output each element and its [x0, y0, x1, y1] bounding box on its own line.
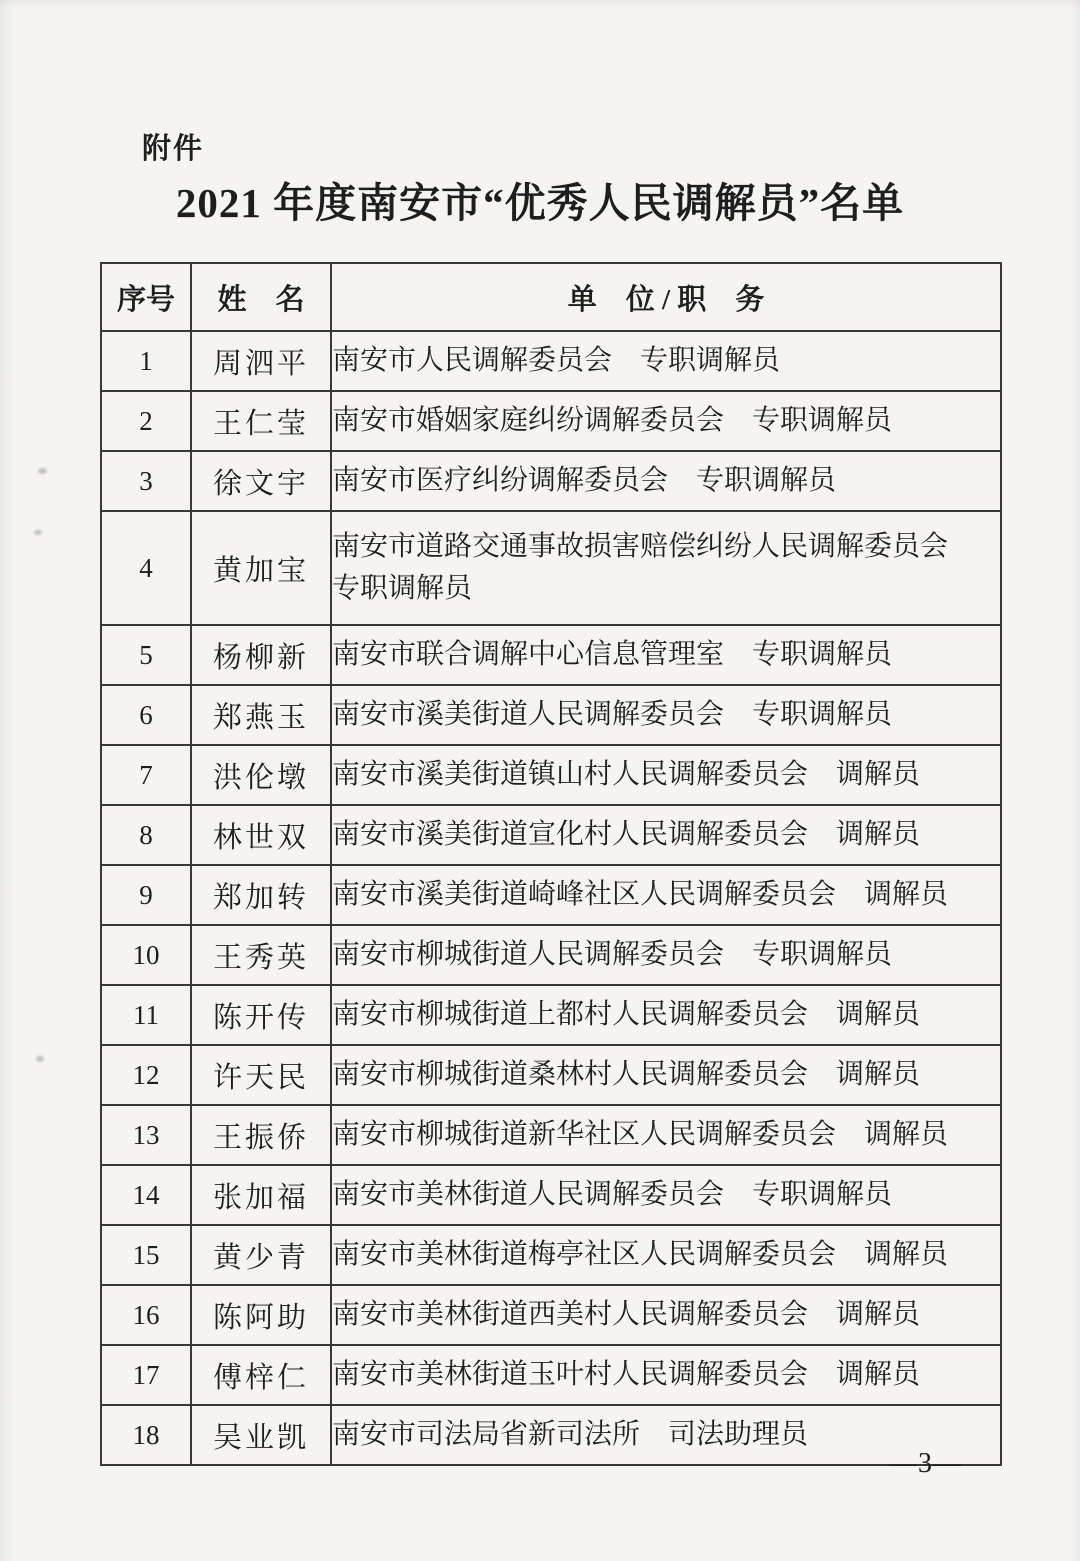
cell-no: 4 — [101, 511, 191, 625]
mediators-table: 序号 姓 名 单 位 / 职 务 1周泗平南安市人民调解委员会 专职调解员2王仁… — [100, 262, 1002, 1466]
cell-name: 张加福 — [191, 1165, 331, 1225]
cell-unit: 南安市美林街道玉叶村人民调解委员会 调解员 — [331, 1345, 1001, 1405]
cell-no: 13 — [101, 1105, 191, 1165]
table-row: 13王振侨南安市柳城街道新华社区人民调解委员会 调解员 — [101, 1105, 1001, 1165]
cell-unit: 南安市联合调解中心信息管理室 专职调解员 — [331, 625, 1001, 685]
cell-unit: 南安市溪美街道崎峰社区人民调解委员会 调解员 — [331, 865, 1001, 925]
cell-unit: 南安市道路交通事故损害赔偿纠纷人民调解委员会 专职调解员 — [331, 511, 1001, 625]
cell-unit: 南安市溪美街道镇山村人民调解委员会 调解员 — [331, 745, 1001, 805]
cell-unit: 南安市美林街道西美村人民调解委员会 调解员 — [331, 1285, 1001, 1345]
column-header-name: 姓 名 — [191, 263, 331, 331]
cell-no: 1 — [101, 331, 191, 391]
cell-unit: 南安市柳城街道上都村人民调解委员会 调解员 — [331, 985, 1001, 1045]
cell-name: 陈开传 — [191, 985, 331, 1045]
scan-artifact-speck — [38, 468, 47, 474]
table-row: 15黄少青南安市美林街道梅亭社区人民调解委员会 调解员 — [101, 1225, 1001, 1285]
table-row: 18吴业凯南安市司法局省新司法所 司法助理员 — [101, 1405, 1001, 1465]
cell-no: 10 — [101, 925, 191, 985]
cell-name: 吴业凯 — [191, 1405, 331, 1465]
cell-unit: 南安市溪美街道宣化村人民调解委员会 调解员 — [331, 805, 1001, 865]
cell-unit: 南安市柳城街道桑林村人民调解委员会 调解员 — [331, 1045, 1001, 1105]
cell-name: 郑燕玉 — [191, 685, 331, 745]
page-number: —3— — [889, 1448, 962, 1480]
table-header-row: 序号 姓 名 单 位 / 职 务 — [101, 263, 1001, 331]
cell-no: 8 — [101, 805, 191, 865]
cell-name: 周泗平 — [191, 331, 331, 391]
table-body: 1周泗平南安市人民调解委员会 专职调解员2王仁莹南安市婚姻家庭纠纷调解委员会 专… — [101, 331, 1001, 1465]
scan-artifact-speck — [36, 1056, 44, 1062]
cell-no: 6 — [101, 685, 191, 745]
table-row: 6郑燕玉南安市溪美街道人民调解委员会 专职调解员 — [101, 685, 1001, 745]
cell-unit: 南安市医疗纠纷调解委员会 专职调解员 — [331, 451, 1001, 511]
cell-name: 洪伦墩 — [191, 745, 331, 805]
column-header-no: 序号 — [101, 263, 191, 331]
column-header-unit: 单 位 / 职 务 — [331, 263, 1001, 331]
cell-name: 郑加转 — [191, 865, 331, 925]
cell-name: 王振侨 — [191, 1105, 331, 1165]
cell-no: 5 — [101, 625, 191, 685]
cell-name: 杨柳新 — [191, 625, 331, 685]
table-row: 4黄加宝南安市道路交通事故损害赔偿纠纷人民调解委员会 专职调解员 — [101, 511, 1001, 625]
cell-unit: 南安市柳城街道人民调解委员会 专职调解员 — [331, 925, 1001, 985]
table-row: 12许天民南安市柳城街道桑林村人民调解委员会 调解员 — [101, 1045, 1001, 1105]
cell-unit: 南安市柳城街道新华社区人民调解委员会 调解员 — [331, 1105, 1001, 1165]
cell-name: 许天民 — [191, 1045, 331, 1105]
table-row: 16陈阿助南安市美林街道西美村人民调解委员会 调解员 — [101, 1285, 1001, 1345]
attachment-label: 附件 — [142, 126, 204, 167]
cell-name: 黄少青 — [191, 1225, 331, 1285]
cell-no: 11 — [101, 985, 191, 1045]
cell-no: 16 — [101, 1285, 191, 1345]
table-row: 3徐文宇南安市医疗纠纷调解委员会 专职调解员 — [101, 451, 1001, 511]
cell-name: 王秀英 — [191, 925, 331, 985]
cell-name: 林世双 — [191, 805, 331, 865]
table-row: 8林世双南安市溪美街道宣化村人民调解委员会 调解员 — [101, 805, 1001, 865]
cell-name: 陈阿助 — [191, 1285, 331, 1345]
cell-no: 7 — [101, 745, 191, 805]
table-row: 11陈开传南安市柳城街道上都村人民调解委员会 调解员 — [101, 985, 1001, 1045]
cell-no: 2 — [101, 391, 191, 451]
cell-no: 17 — [101, 1345, 191, 1405]
cell-unit: 南安市人民调解委员会 专职调解员 — [331, 331, 1001, 391]
table-row: 7洪伦墩南安市溪美街道镇山村人民调解委员会 调解员 — [101, 745, 1001, 805]
cell-no: 14 — [101, 1165, 191, 1225]
table-row: 9郑加转南安市溪美街道崎峰社区人民调解委员会 调解员 — [101, 865, 1001, 925]
cell-unit: 南安市婚姻家庭纠纷调解委员会 专职调解员 — [331, 391, 1001, 451]
cell-no: 9 — [101, 865, 191, 925]
page-title: 2021 年度南安市“优秀人民调解员”名单 — [0, 170, 1080, 229]
document-page: 附件 2021 年度南安市“优秀人民调解员”名单 序号 姓 名 单 位 / 职 … — [0, 0, 1080, 1561]
table-row: 5杨柳新南安市联合调解中心信息管理室 专职调解员 — [101, 625, 1001, 685]
cell-unit: 南安市美林街道梅亭社区人民调解委员会 调解员 — [331, 1225, 1001, 1285]
cell-no: 18 — [101, 1405, 191, 1465]
table-row: 1周泗平南安市人民调解委员会 专职调解员 — [101, 331, 1001, 391]
cell-no: 15 — [101, 1225, 191, 1285]
cell-name: 王仁莹 — [191, 391, 331, 451]
cell-no: 12 — [101, 1045, 191, 1105]
table-row: 14张加福南安市美林街道人民调解委员会 专职调解员 — [101, 1165, 1001, 1225]
table-row: 17傅梓仁南安市美林街道玉叶村人民调解委员会 调解员 — [101, 1345, 1001, 1405]
cell-unit: 南安市溪美街道人民调解委员会 专职调解员 — [331, 685, 1001, 745]
cell-unit: 南安市美林街道人民调解委员会 专职调解员 — [331, 1165, 1001, 1225]
cell-name: 徐文宇 — [191, 451, 331, 511]
table-row: 10王秀英南安市柳城街道人民调解委员会 专职调解员 — [101, 925, 1001, 985]
cell-name: 傅梓仁 — [191, 1345, 331, 1405]
table-row: 2王仁莹南安市婚姻家庭纠纷调解委员会 专职调解员 — [101, 391, 1001, 451]
cell-no: 3 — [101, 451, 191, 511]
scan-artifact-speck — [34, 530, 42, 535]
cell-name: 黄加宝 — [191, 511, 331, 625]
